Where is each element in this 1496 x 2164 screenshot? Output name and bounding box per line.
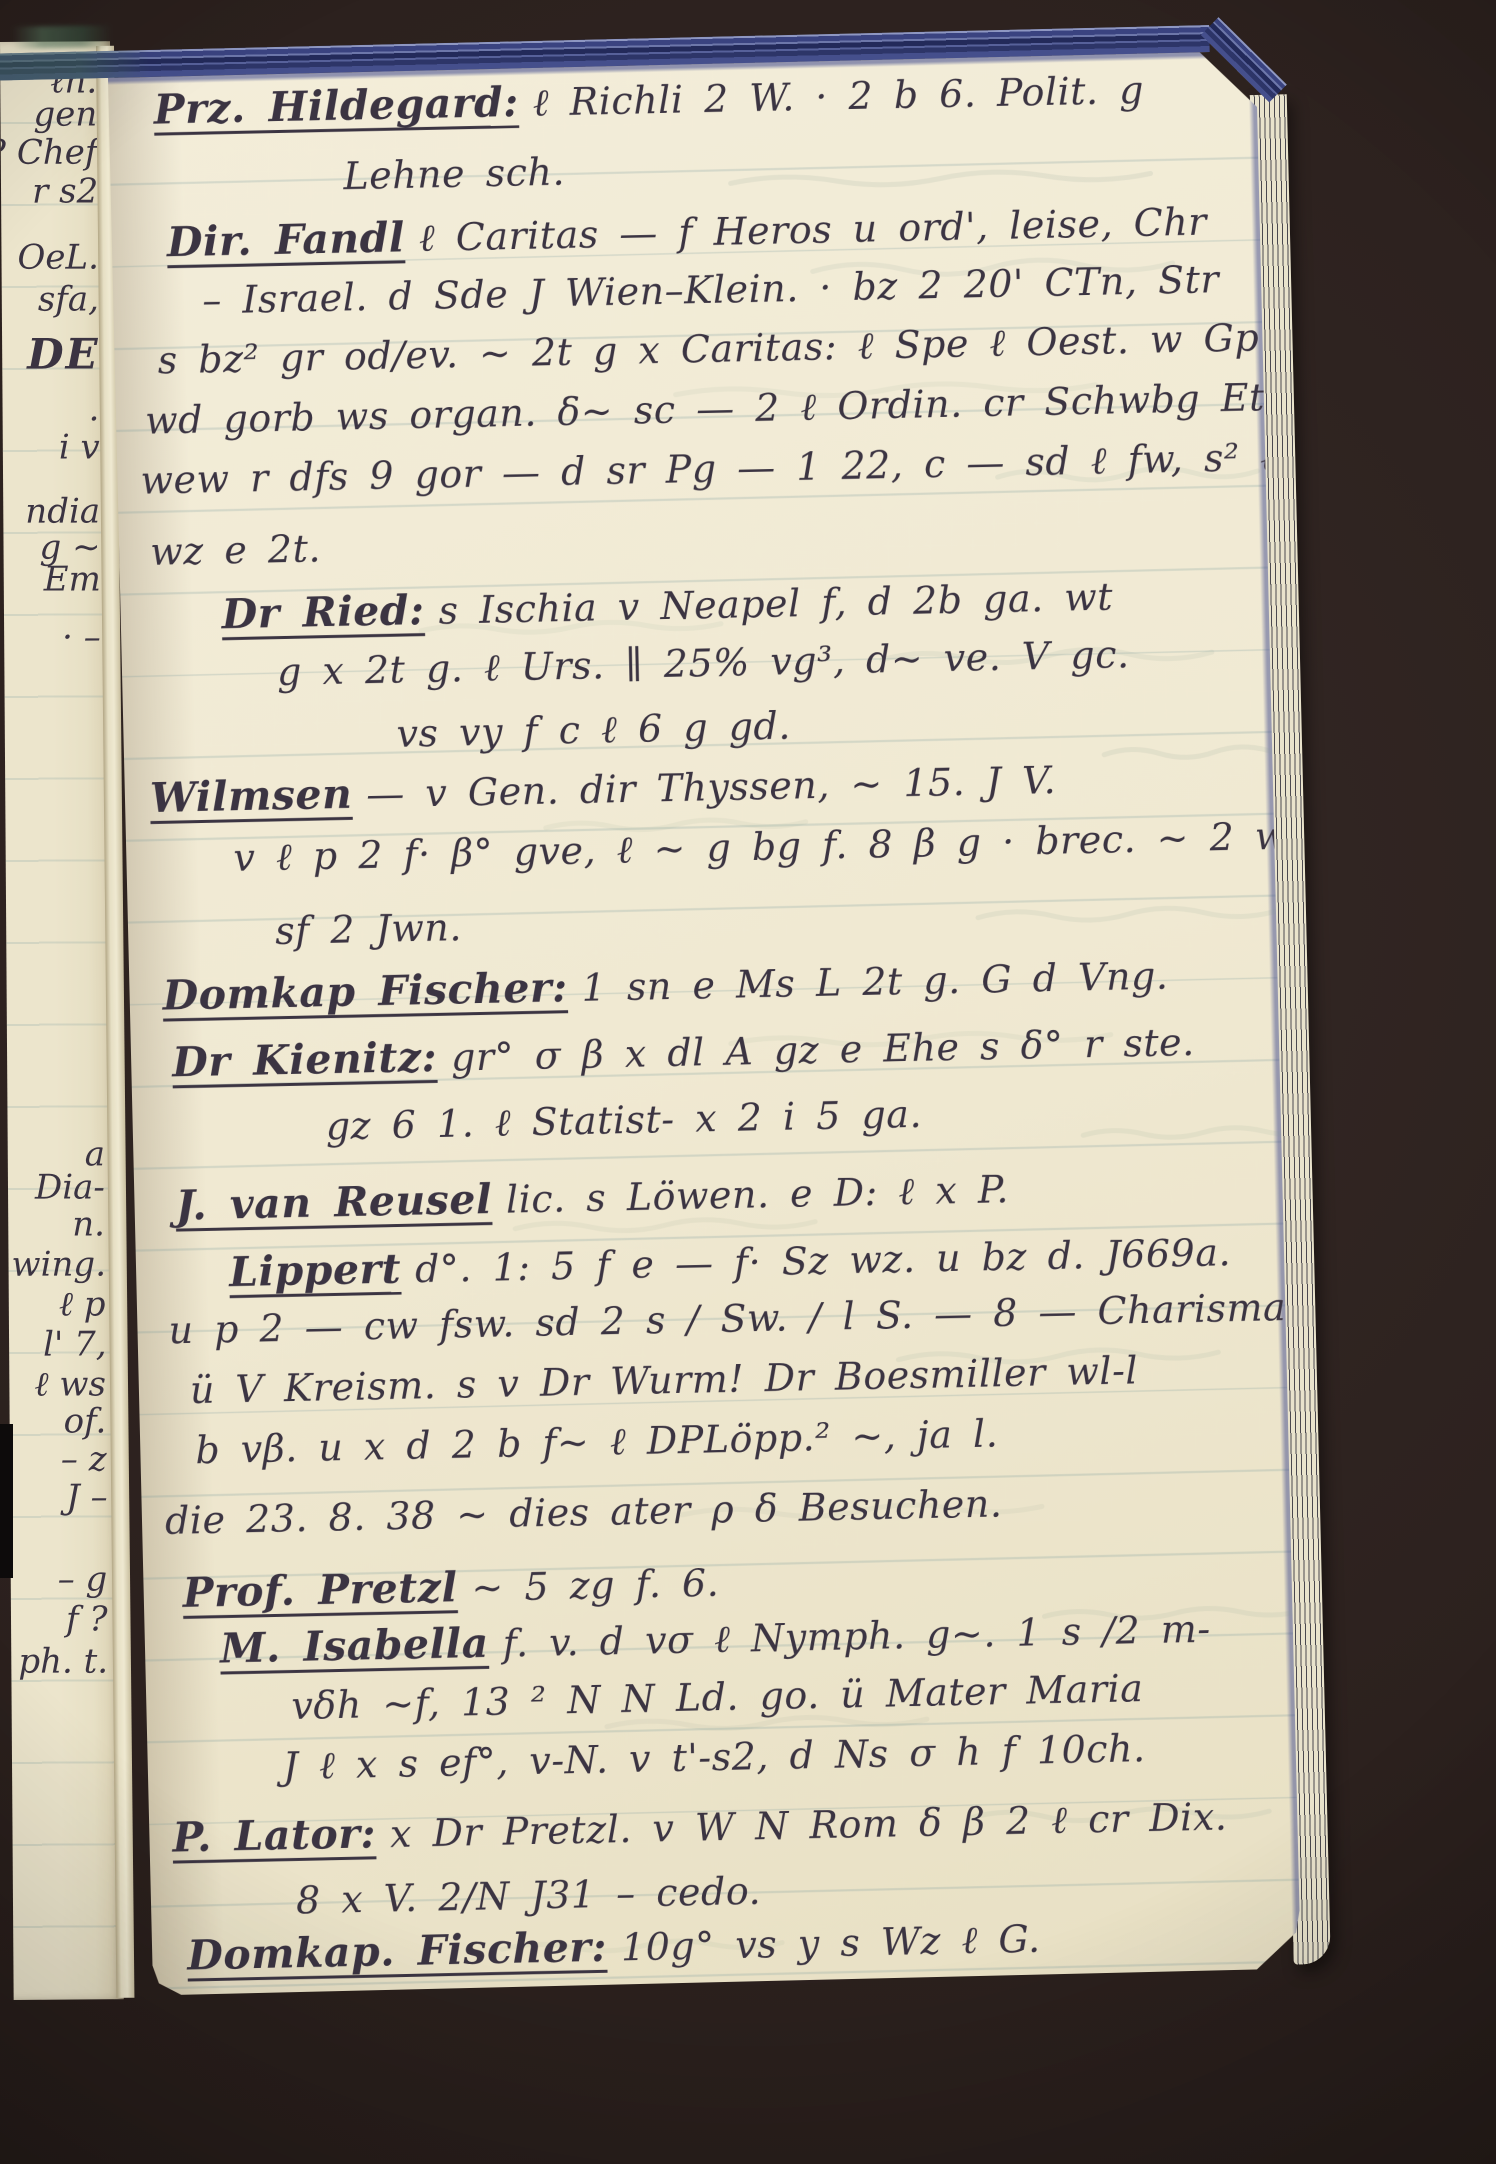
facing-page-fragment: sfa, (38, 279, 99, 319)
facing-page-fragment: – g (58, 1559, 108, 1599)
handwriting-line: Domkap. Fischer:10g° vs y s Wz ℓ G. (187, 1914, 1041, 1980)
facing-page-fragment: ℓ ws (35, 1364, 107, 1404)
handwriting-line-text: d°. 1: 5 f e — f· Sz wz. u bz d. J669a. (415, 1230, 1232, 1291)
handwriting-line-text: — v Gen. dir Thyssen, ~ 15. J V. (366, 758, 1057, 816)
handwriting-line-text: sf 2 Jwn. (275, 905, 463, 953)
handwriting-line-text: gz 6 1. ℓ Statist- x 2 i 5 ga. (325, 1092, 922, 1148)
facing-page-fragment: n. (73, 1204, 106, 1244)
handwriting-line: Dir. Fandlℓ Caritas — f Heros u ord', le… (166, 197, 1207, 267)
edge-stain-green-fleck (12, 25, 112, 49)
entry-heading: J. van Reusel (175, 1175, 492, 1230)
entry-heading: Prof. Pretzl (182, 1563, 458, 1617)
handwriting-line: J ℓ x s ef°, v-N. v t'-s2, d Ns σ h f 10… (282, 1726, 1146, 1789)
facing-page-fragment: l' 7, (43, 1324, 107, 1364)
handwriting-line: v ℓ p 2 f· β° gve, ℓ ~ g bg f. 8 β g · b… (233, 813, 1303, 880)
handwriting-line: Dr Ried:s Ischia v Neapel f, d 2b ga. wt (221, 572, 1113, 639)
handwriting-line-text: die 23. 8. 38 ~ dies ater ρ δ Besuchen. (165, 1481, 1003, 1543)
handwriting-line-text: gr° σ β x dl A gz e Ehe s δ° r ste. (451, 1020, 1195, 1080)
entry-heading: Dir. Fandl (166, 213, 405, 266)
handwriting-line: u p 2 — cw fsw. sd 2 s / Sw. / l S. — 8 … (168, 1285, 1299, 1353)
entry-heading: Dr Ried: (221, 586, 425, 638)
facing-page-fragment: DE (27, 330, 100, 379)
entry-heading: Dr Kienitz: (172, 1033, 438, 1087)
handwriting-line-text: u p 2 — cw fsw. sd 2 s / Sw. / l S. — 8 … (168, 1285, 1299, 1353)
handwriting-line: b vβ. u x d 2 b f~ ℓ DPLöpp.² ~, ja l. (195, 1411, 999, 1473)
facing-page-fragment: ℓ p (59, 1284, 106, 1324)
facing-page-fragment: f ? (66, 1599, 108, 1639)
handwriting-line: Lehne sch. (343, 150, 565, 199)
facing-page-fragment: ph. t. (19, 1642, 109, 1682)
diary-page: Prz. Hildegard:ℓ Richli 2 W. · 2 b 6. Po… (108, 51, 1301, 1996)
handwriting-line: s bz² gr od/ev. ~ 2t g x Caritas: ℓ Spe … (157, 315, 1259, 383)
handwriting-line: gz 6 1. ℓ Statist- x 2 i 5 ga. (325, 1092, 922, 1149)
handwriting-line: ü V Kreism. s v Dr Wurm! Dr Boesmiller w… (189, 1348, 1138, 1412)
entry-heading: P. Lator: (172, 1809, 376, 1861)
handwriting-line-text: f. v. d vσ ℓ Nymph. g~. 1 s /2 m- (502, 1607, 1211, 1666)
handwriting-line: Prz. Hildegard:ℓ Richli 2 W. · 2 b 6. Po… (153, 65, 1144, 134)
facing-page-fragment: wing. (11, 1245, 106, 1285)
handwriting-line-text: b vβ. u x d 2 b f~ ℓ DPLöpp.² ~, ja l. (195, 1411, 999, 1472)
handwriting-line: M. Isabellaf. v. d vσ ℓ Nymph. g~. 1 s /… (220, 1604, 1212, 1673)
handwriting-line: wd gorb ws organ. δ~ sc — 2 ℓ Ordin. cr … (145, 375, 1299, 444)
handwriting-line-text: g x 2t g. ℓ Urs. ∥ 25% vg³, d~ ve. V gc. (277, 632, 1130, 694)
handwriting-line: Wilmsen— v Gen. dir Thyssen, ~ 15. J V. (149, 755, 1056, 822)
handwriting-line-text: vs vy f c ℓ 6 g gd. (396, 704, 791, 756)
handwriting-line-text: ℓ Caritas — f Heros u ord', leise, Chr (418, 200, 1207, 260)
notebook-photo: ℓn.gen? Chefr s2OeL.sfa,DE·i vndiag ~Em·… (0, 0, 1496, 2164)
facing-page-fragment: J – (66, 1477, 108, 1517)
handwriting-line-text: ü V Kreism. s v Dr Wurm! Dr Boesmiller w… (189, 1348, 1138, 1412)
handwriting-line: vδh ~f, 13 ² N N Ld. go. ü Mater Maria (291, 1666, 1144, 1728)
handwriting-line: – Israel. d Sde J Wien–Klein. · bz 2 20'… (202, 257, 1220, 322)
handwriting-line-text: – Israel. d Sde J Wien–Klein. · bz 2 20'… (202, 257, 1220, 322)
facing-page-fragment: of. (64, 1401, 107, 1441)
handwriting-line-text: Lehne sch. (343, 150, 565, 199)
handwriting-line-text: wz e 2t. (150, 526, 322, 574)
handwriting-text-layer: Prz. Hildegard:ℓ Richli 2 W. · 2 b 6. Po… (108, 51, 1301, 1996)
handwriting-line-text: J ℓ x s ef°, v-N. v t'-s2, d Ns σ h f 10… (282, 1726, 1146, 1788)
handwriting-line-text: vδh ~f, 13 ² N N Ld. go. ü Mater Maria (291, 1666, 1144, 1728)
entry-heading: Domkap Fischer: (162, 963, 568, 1019)
handwriting-line: g x 2t g. ℓ Urs. ∥ 25% vg³, d~ ve. V gc. (277, 632, 1130, 695)
notebook-page-stack: Prz. Hildegard:ℓ Richli 2 W. · 2 b 6. Po… (108, 51, 1301, 1996)
handwriting-line: 8 x V. 2/N J31 – cedo. (296, 1869, 762, 1923)
handwriting-line-text: s bz² gr od/ev. ~ 2t g x Caritas: ℓ Spe … (157, 315, 1259, 382)
handwriting-line: P. Lator:x Dr Pretzl. v W N Rom δ β 2 ℓ … (172, 1791, 1228, 1861)
facing-page-fragment: r s2 (32, 171, 98, 211)
handwriting-line-text: 10g° vs y s Wz ℓ G. (621, 1917, 1041, 1970)
facing-page-fragment: · – (62, 617, 101, 657)
handwriting-line-text: 1 sn e Ms L 2t g. G d Vng. (581, 954, 1169, 1010)
entry-heading: Wilmsen (149, 770, 352, 822)
handwriting-line-text: x Dr Pretzl. v W N Rom δ β 2 ℓ cr Dix. (390, 1794, 1228, 1856)
dark-ribbon-strip (0, 1424, 13, 1578)
handwriting-line-text: lic. s Löwen. e D: ℓ x P. (506, 1167, 1010, 1222)
facing-page-fragment: – z (61, 1439, 107, 1479)
handwriting-line: Lippertd°. 1: 5 f e — f· Sz wz. u bz d. … (229, 1227, 1232, 1296)
handwriting-line-text: ~ 5 zg f. 6. (471, 1561, 720, 1610)
handwriting-line: die 23. 8. 38 ~ dies ater ρ δ Besuchen. (165, 1481, 1003, 1543)
entry-heading: Domkap. Fischer: (187, 1923, 608, 1980)
entry-heading: M. Isabella (220, 1619, 490, 1673)
handwriting-line: Prof. Pretzl~ 5 zg f. 6. (182, 1558, 719, 1617)
facing-page-fragment: Em (44, 559, 101, 599)
facing-page-fragment: ? Chef (0, 133, 98, 173)
handwriting-line: sf 2 Jwn. (275, 905, 463, 953)
facing-page-fragment: gen (34, 94, 98, 134)
handwriting-line: J. van Reusellic. s Löwen. e D: ℓ x P. (175, 1164, 1009, 1229)
facing-page-fragment: i v (59, 427, 100, 467)
handwriting-line-text: v ℓ p 2 f· β° gve, ℓ ~ g bg f. 8 β g · b… (233, 813, 1303, 879)
handwriting-line: wz e 2t. (150, 526, 322, 574)
handwriting-line: wew r dfs 9 gor — d sr Pg — 1 22, c — sd… (140, 433, 1385, 504)
handwriting-line: vs vy f c ℓ 6 g gd. (396, 704, 791, 757)
facing-page-fragment: OeL. (17, 238, 98, 278)
handwriting-line-text: ℓ Richli 2 W. · 2 b 6. Polit. g (532, 68, 1144, 125)
facing-page-fragment: Dia- (35, 1167, 105, 1207)
handwriting-line: Dr Kienitz:gr° σ β x dl A gz e Ehe s δ° … (172, 1017, 1195, 1086)
handwriting-line-text: 8 x V. 2/N J31 – cedo. (296, 1869, 762, 1923)
facing-page-fragment: ndia (25, 492, 100, 532)
handwriting-line-text: wd gorb ws organ. δ~ sc — 2 ℓ Ordin. cr … (145, 375, 1299, 443)
handwriting-line-text: wew r dfs 9 gor — d sr Pg — 1 22, c — sd… (140, 433, 1385, 503)
handwriting-line: Domkap Fischer:1 sn e Ms L 2t g. G d Vng… (162, 951, 1169, 1020)
entry-heading: Prz. Hildegard: (153, 78, 519, 134)
handwriting-line-text: s Ischia v Neapel f, d 2b ga. wt (438, 575, 1113, 633)
entry-heading: Lippert (229, 1245, 402, 1297)
